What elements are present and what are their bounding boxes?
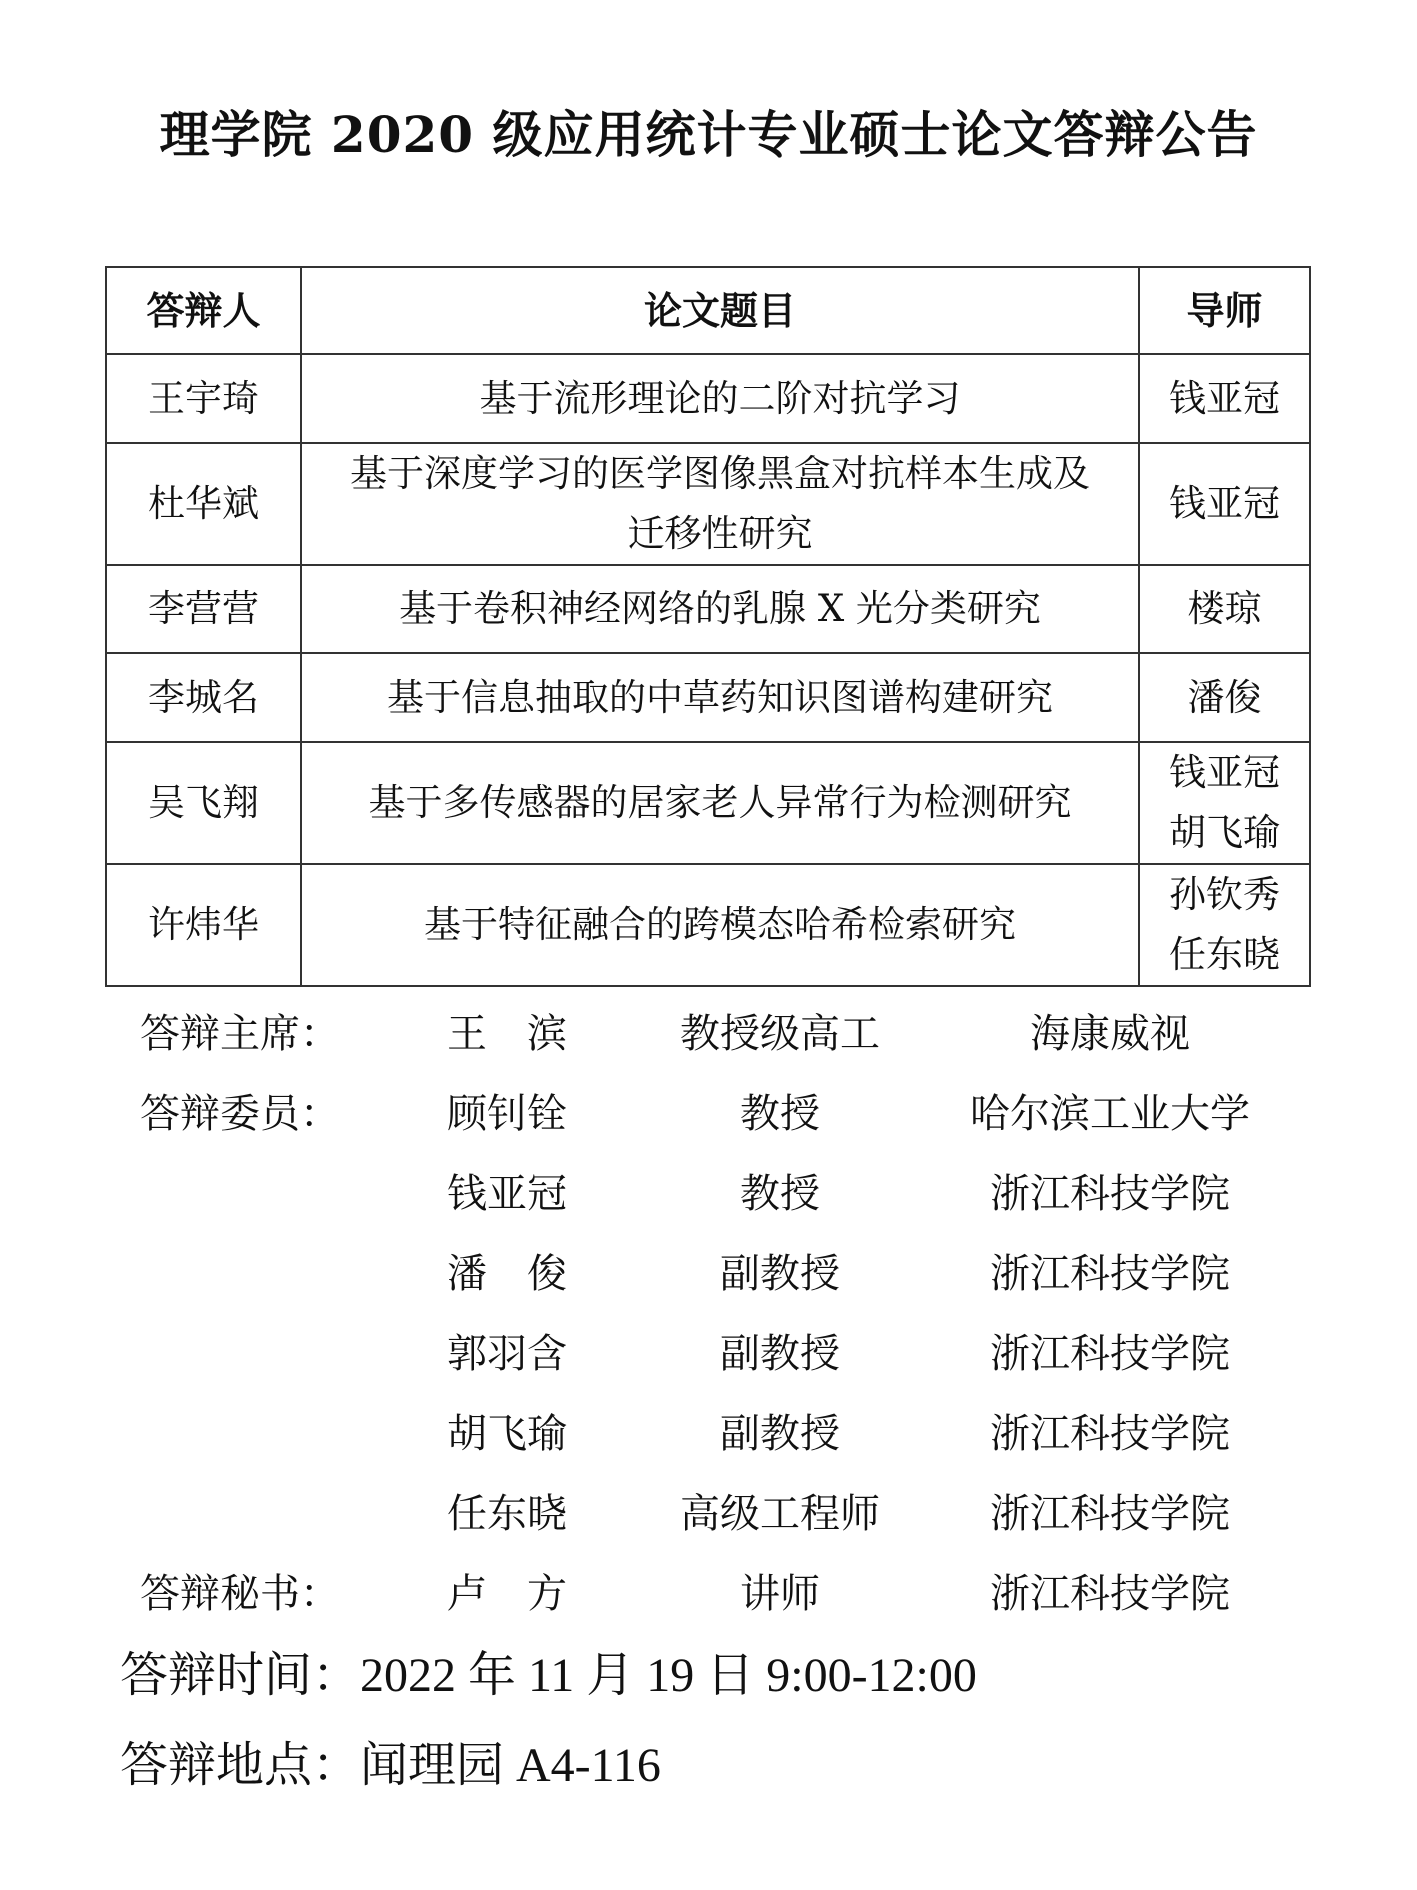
advisor-name: 钱亚冠 <box>1140 743 1309 803</box>
defense-schedule-table: 答辩人 论文题目 导师 王宇琦 基于流形理论的二阶对抗学习 钱亚冠 杜华斌 基于… <box>105 266 1311 987</box>
member-name: 顾钊铨 <box>447 1084 587 1144</box>
advisor-name: 任东晓 <box>1140 925 1309 985</box>
member-org: 浙江科技学院 <box>940 1404 1280 1464</box>
member-org: 浙江科技学院 <box>940 1164 1280 1224</box>
table-row: 王宇琦 基于流形理论的二阶对抗学习 钱亚冠 <box>106 354 1310 443</box>
member-org: 浙江科技学院 <box>940 1564 1280 1624</box>
table-header-row: 答辩人 论文题目 导师 <box>106 267 1310 354</box>
student-name: 许炜华 <box>106 864 301 986</box>
header-student: 答辩人 <box>106 267 301 354</box>
member-title: 副教授 <box>640 1244 920 1304</box>
thesis-title: 基于多传感器的居家老人异常行为检测研究 <box>301 742 1139 864</box>
advisor-names: 钱亚冠 胡飞瑜 <box>1139 742 1310 864</box>
advisor-names: 孙钦秀 任东晓 <box>1139 864 1310 986</box>
time-value: 2022 年 11 月 19 日 9:00-12:00 <box>360 1649 977 1702</box>
advisor-name: 胡飞瑜 <box>1140 803 1309 863</box>
advisor-name: 楼琼 <box>1139 565 1310 653</box>
advisor-name: 钱亚冠 <box>1139 443 1310 565</box>
member-org: 海康威视 <box>940 1004 1280 1064</box>
thesis-title: 基于流形理论的二阶对抗学习 <box>301 354 1139 443</box>
thesis-title-line: 基于深度学习的医学图像黑盒对抗样本生成及 <box>302 444 1138 504</box>
table-row: 李城名 基于信息抽取的中草药知识图谱构建研究 潘俊 <box>106 653 1310 742</box>
member-name: 胡飞瑜 <box>447 1404 587 1464</box>
thesis-title: 基于深度学习的医学图像黑盒对抗样本生成及 迁移性研究 <box>301 443 1139 565</box>
thesis-title: 基于卷积神经网络的乳腺 X 光分类研究 <box>301 565 1139 653</box>
thesis-title-line: 迁移性研究 <box>302 504 1138 564</box>
member-name: 王 滨 <box>447 1004 587 1064</box>
member-name: 潘 俊 <box>447 1244 587 1304</box>
member-org: 浙江科技学院 <box>940 1324 1280 1384</box>
member-title: 教授级高工 <box>640 1004 920 1064</box>
member-name: 钱亚冠 <box>447 1164 587 1224</box>
thesis-title: 基于特征融合的跨模态哈希检索研究 <box>301 864 1139 986</box>
member-title: 教授 <box>640 1164 920 1224</box>
page-title: 理学院 2020 级应用统计专业硕士论文答辩公告 <box>0 100 1417 170</box>
member-title: 副教授 <box>640 1404 920 1464</box>
member-name: 卢 方 <box>447 1564 587 1624</box>
student-name: 吴飞翔 <box>106 742 301 864</box>
defense-time: 答辩时间：2022 年 11 月 19 日 9:00-12:00 <box>120 1640 977 1711</box>
student-name: 王宇琦 <box>106 354 301 443</box>
student-name: 李营营 <box>106 565 301 653</box>
place-label: 答辩地点： <box>120 1737 360 1793</box>
advisor-name: 孙钦秀 <box>1140 865 1309 925</box>
header-advisor: 导师 <box>1139 267 1310 354</box>
thesis-title: 基于信息抽取的中草药知识图谱构建研究 <box>301 653 1139 742</box>
members-label: 答辩委员： <box>140 1084 340 1144</box>
member-name: 郭羽含 <box>447 1324 587 1384</box>
table-row: 许炜华 基于特征融合的跨模态哈希检索研究 孙钦秀 任东晓 <box>106 864 1310 986</box>
student-name: 李城名 <box>106 653 301 742</box>
member-org: 浙江科技学院 <box>940 1244 1280 1304</box>
member-title: 副教授 <box>640 1324 920 1384</box>
member-title: 高级工程师 <box>640 1484 920 1544</box>
member-org: 哈尔滨工业大学 <box>940 1084 1280 1144</box>
table-row: 吴飞翔 基于多传感器的居家老人异常行为检测研究 钱亚冠 胡飞瑜 <box>106 742 1310 864</box>
chair-label: 答辩主席： <box>140 1004 340 1064</box>
student-name: 杜华斌 <box>106 443 301 565</box>
table-row: 杜华斌 基于深度学习的医学图像黑盒对抗样本生成及 迁移性研究 钱亚冠 <box>106 443 1310 565</box>
defense-place: 答辩地点：闻理园 A4-116 <box>120 1730 661 1801</box>
member-name: 任东晓 <box>447 1484 587 1544</box>
place-value: 闻理园 A4-116 <box>360 1739 661 1792</box>
member-org: 浙江科技学院 <box>940 1484 1280 1544</box>
member-title: 教授 <box>640 1084 920 1144</box>
table-row: 李营营 基于卷积神经网络的乳腺 X 光分类研究 楼琼 <box>106 565 1310 653</box>
secretary-label: 答辩秘书： <box>140 1564 340 1624</box>
time-label: 答辩时间： <box>120 1647 360 1703</box>
advisor-name: 潘俊 <box>1139 653 1310 742</box>
header-thesis: 论文题目 <box>301 267 1139 354</box>
advisor-name: 钱亚冠 <box>1139 354 1310 443</box>
member-title: 讲师 <box>640 1564 920 1624</box>
